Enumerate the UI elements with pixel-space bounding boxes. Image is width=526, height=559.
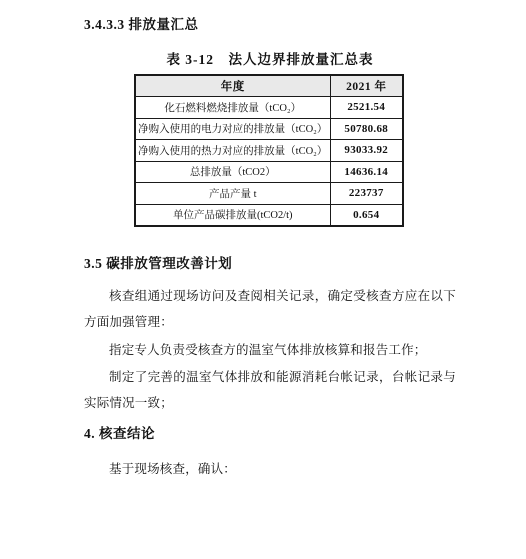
row-value: 50780.68	[330, 118, 403, 140]
paragraph-onsite-confirmation: 基于现场核查，确认：	[84, 456, 456, 482]
table-header: 年度 2021 年	[135, 75, 403, 97]
row-value: 0.654	[330, 204, 403, 226]
row-label: 总排放量（tCO2）	[135, 161, 330, 183]
row-value: 93033.92	[330, 140, 403, 162]
table-row: 总排放量（tCO2） 14636.14	[135, 161, 403, 183]
table-caption: 表 3-12 法人边界排放量汇总表	[84, 48, 456, 68]
column-header-2021: 2021 年	[330, 75, 403, 97]
column-header-year: 年度	[135, 75, 330, 97]
row-label: 产品产量 t	[135, 183, 330, 205]
emission-summary-table: 年度 2021 年 化石燃料燃烧排放量（tCO₂） 2521.54 净购入使用的…	[134, 74, 404, 227]
paragraph-management: 核查组通过现场访问及查阅相关记录，确定受核查方应在以下方面加强管理：	[84, 283, 456, 335]
table-header-row: 年度 2021 年	[135, 75, 403, 97]
section-heading-improvement-plan: 3.5 碳排放管理改善计划	[84, 252, 232, 272]
table-row: 产品产量 t 223737	[135, 183, 403, 205]
row-value: 14636.14	[330, 161, 403, 183]
row-label: 单位产品碳排放量(tCO2/t)	[135, 204, 330, 226]
document-page: 3.4.3.3 排放量汇总 表 3-12 法人边界排放量汇总表 年度 2021 …	[0, 0, 526, 559]
row-label: 化石燃料燃烧排放量（tCO₂）	[135, 97, 330, 119]
table-row: 化石燃料燃烧排放量（tCO₂） 2521.54	[135, 97, 403, 119]
row-value: 2521.54	[330, 97, 403, 119]
table-row: 单位产品碳排放量(tCO2/t) 0.654	[135, 204, 403, 226]
table-body: 化石燃料燃烧排放量（tCO₂） 2521.54 净购入使用的电力对应的排放量（t…	[135, 97, 403, 226]
section-heading-emission-summary: 3.4.3.3 排放量汇总	[84, 13, 199, 33]
paragraph-assign-personnel: 指定专人负责受核查方的温室气体排放核算和报告工作；	[84, 337, 456, 363]
row-value: 223737	[330, 183, 403, 205]
table-row: 净购入使用的热力对应的排放量（tCO₂） 93033.92	[135, 140, 403, 162]
section-heading-verification-conclusion: 4. 核查结论	[84, 422, 155, 442]
row-label: 净购入使用的电力对应的排放量（tCO₂）	[135, 118, 330, 140]
paragraph-ledger-records: 制定了完善的温室气体排放和能源消耗台帐记录，台帐记录与实际情况一致；	[84, 364, 456, 416]
row-label: 净购入使用的热力对应的排放量（tCO₂）	[135, 140, 330, 162]
table-row: 净购入使用的电力对应的排放量（tCO₂） 50780.68	[135, 118, 403, 140]
